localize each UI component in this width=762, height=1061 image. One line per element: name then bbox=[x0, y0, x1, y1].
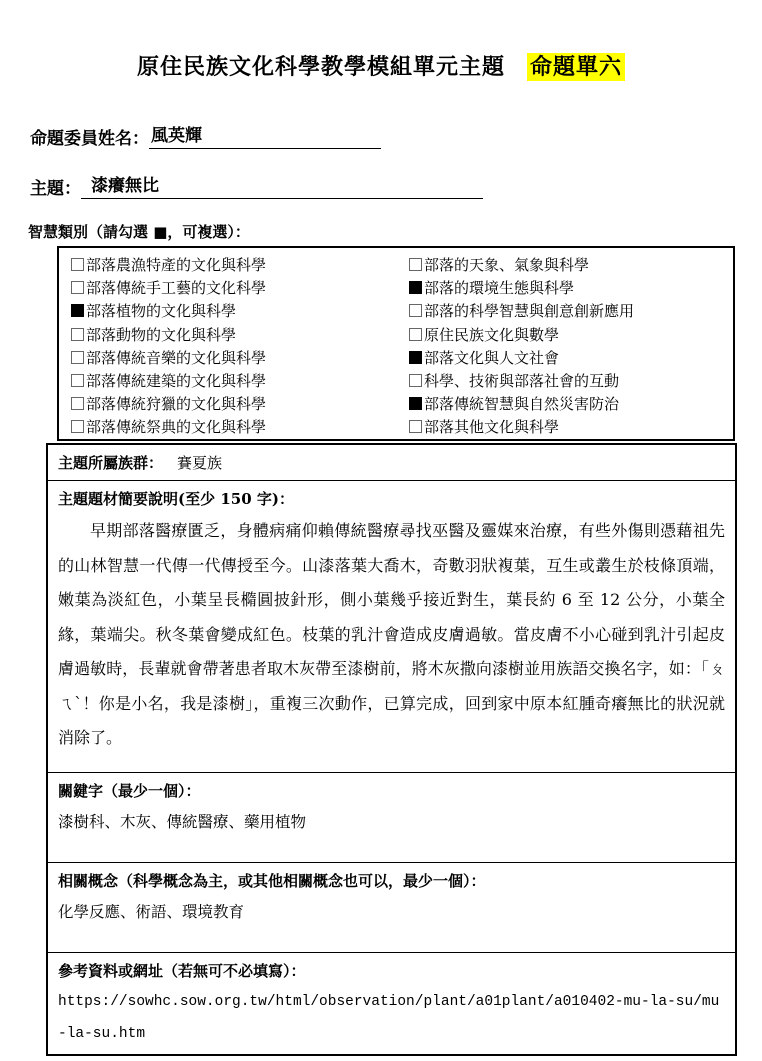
category-option: 部落的環境生態與科學 bbox=[409, 276, 733, 299]
page-title-text: 原住民族文化科學教學模組單元主題 bbox=[137, 54, 505, 80]
category-option-label: 部落的環境生態與科學 bbox=[424, 277, 574, 298]
checkbox-unchecked-icon bbox=[409, 328, 422, 341]
description-text: 早期部落醫療匱乏，身體病痛仰賴傳統醫療尋找巫醫及靈媒來治療，有些外傷則憑藉祖先的… bbox=[58, 514, 725, 756]
reference-row: 參考資料或網址（若無可不必填寫）： https://sowhc.sow.org.… bbox=[48, 952, 735, 1054]
category-column-right: 部落的天象、氣象與科學部落的環境生態與科學部落的科學智慧與創意創新應用原住民族文… bbox=[402, 253, 733, 439]
topic-value: 漆癢無比 bbox=[81, 174, 483, 199]
checkbox-unchecked-icon bbox=[409, 420, 422, 433]
category-option-label: 部落傳統祭典的文化與科學 bbox=[86, 416, 266, 437]
category-option-label: 部落的科學智慧與創意創新應用 bbox=[424, 300, 634, 321]
category-option: 科學、技術與部落社會的互動 bbox=[409, 369, 733, 392]
category-option-label: 原住民族文化與數學 bbox=[424, 324, 559, 345]
category-checkbox-box: 部落農漁特產的文化與科學部落傳統手工藝的文化科學部落植物的文化與科學部落動物的文… bbox=[57, 246, 735, 441]
category-option: 部落文化與人文社會 bbox=[409, 346, 733, 369]
category-option-label: 部落傳統手工藝的文化科學 bbox=[86, 277, 266, 298]
category-option-label: 部落農漁特產的文化與科學 bbox=[86, 254, 266, 275]
checkbox-unchecked-icon bbox=[409, 258, 422, 271]
page-title: 原住民族文化科學教學模組單元主題命題單六 bbox=[0, 50, 762, 81]
category-option: 部落的天象、氣象與科學 bbox=[409, 253, 733, 276]
category-option: 部落傳統智慧與自然災害防治 bbox=[409, 392, 733, 415]
category-option: 部落其他文化與科學 bbox=[409, 415, 733, 438]
topic-label: 主題： bbox=[30, 179, 81, 199]
committee-name-value: 風英輝 bbox=[149, 124, 381, 149]
checkbox-checked-icon bbox=[409, 351, 422, 364]
category-option: 部落傳統音樂的文化與科學 bbox=[71, 346, 402, 369]
category-option-label: 部落文化與人文社會 bbox=[424, 347, 559, 368]
checkbox-checked-icon bbox=[71, 304, 84, 317]
category-option: 部落傳統狩獵的文化與科學 bbox=[71, 392, 402, 415]
committee-name-label: 命題委員姓名： bbox=[30, 129, 149, 149]
category-option-label: 部落動物的文化與科學 bbox=[86, 324, 236, 345]
reference-url: https://sowhc.sow.org.tw/html/observatio… bbox=[58, 986, 725, 1050]
checkbox-unchecked-icon bbox=[71, 374, 84, 387]
checkbox-unchecked-icon bbox=[71, 351, 84, 364]
checkbox-checked-icon bbox=[409, 397, 422, 410]
checkbox-unchecked-icon bbox=[71, 397, 84, 410]
checkbox-checked-icon bbox=[409, 281, 422, 294]
category-option: 部落農漁特產的文化與科學 bbox=[71, 253, 402, 276]
checkbox-unchecked-icon bbox=[71, 281, 84, 294]
category-option-label: 部落傳統狩獵的文化與科學 bbox=[86, 393, 266, 414]
category-option-label: 科學、技術與部落社會的互動 bbox=[424, 370, 619, 391]
checkbox-unchecked-icon bbox=[409, 374, 422, 387]
category-option: 部落的科學智慧與創意創新應用 bbox=[409, 299, 733, 322]
category-option-label: 部落傳統音樂的文化與科學 bbox=[86, 347, 266, 368]
page-title-highlight: 命題單六 bbox=[527, 53, 625, 81]
category-option-label: 部落植物的文化與科學 bbox=[86, 300, 236, 321]
checkbox-unchecked-icon bbox=[71, 420, 84, 433]
category-column-left: 部落農漁特產的文化與科學部落傳統手工藝的文化科學部落植物的文化與科學部落動物的文… bbox=[71, 253, 402, 439]
category-option-label: 部落傳統建築的文化與科學 bbox=[86, 370, 266, 391]
keywords-row: 關鍵字（最少一個）： 漆樹科、木灰、傳統醫療、藥用植物 bbox=[48, 772, 735, 862]
keywords-label: 關鍵字（最少一個）： bbox=[58, 778, 725, 804]
committee-name-field: 命題委員姓名：風英輝 bbox=[30, 124, 762, 149]
concepts-row: 相關概念（科學概念為主，或其他相關概念也可以，最少一個）： 化學反應、術語、環境… bbox=[48, 862, 735, 952]
description-label: 主題題材簡要說明(至少 150 字)： bbox=[58, 486, 725, 512]
category-option: 部落傳統建築的文化與科學 bbox=[71, 369, 402, 392]
category-option: 部落動物的文化與科學 bbox=[71, 323, 402, 346]
category-option-label: 部落其他文化與科學 bbox=[424, 416, 559, 437]
category-section-label: 智慧類別（請勾選 ■，可複選）： bbox=[28, 221, 762, 242]
category-option: 部落傳統祭典的文化與科學 bbox=[71, 415, 402, 438]
concepts-value: 化學反應、術語、環境教育 bbox=[58, 897, 725, 927]
concepts-label: 相關概念（科學概念為主，或其他相關概念也可以，最少一個）： bbox=[58, 868, 725, 894]
checkbox-unchecked-icon bbox=[71, 328, 84, 341]
ethnic-group-row: 主題所屬族群：賽夏族 bbox=[48, 445, 735, 480]
topic-field: 主題：漆癢無比 bbox=[30, 174, 762, 199]
reference-label: 參考資料或網址（若無可不必填寫）： bbox=[58, 958, 725, 984]
checkbox-unchecked-icon bbox=[71, 258, 84, 271]
category-option-label: 部落的天象、氣象與科學 bbox=[424, 254, 589, 275]
category-option: 部落傳統手工藝的文化科學 bbox=[71, 276, 402, 299]
ethnic-group-label: 主題所屬族群： bbox=[58, 454, 163, 472]
keywords-value: 漆樹科、木灰、傳統醫療、藥用植物 bbox=[58, 807, 725, 837]
category-option: 部落植物的文化與科學 bbox=[71, 299, 402, 322]
ethnic-group-value: 賽夏族 bbox=[177, 454, 222, 472]
checkbox-unchecked-icon bbox=[409, 304, 422, 317]
description-row: 主題題材簡要說明(至少 150 字)： 早期部落醫療匱乏，身體病痛仰賴傳統醫療尋… bbox=[48, 480, 735, 772]
category-option-label: 部落傳統智慧與自然災害防治 bbox=[424, 393, 619, 414]
category-option: 原住民族文化與數學 bbox=[409, 323, 733, 346]
topic-detail-table: 主題所屬族群：賽夏族 主題題材簡要說明(至少 150 字)： 早期部落醫療匱乏，… bbox=[46, 443, 737, 1056]
